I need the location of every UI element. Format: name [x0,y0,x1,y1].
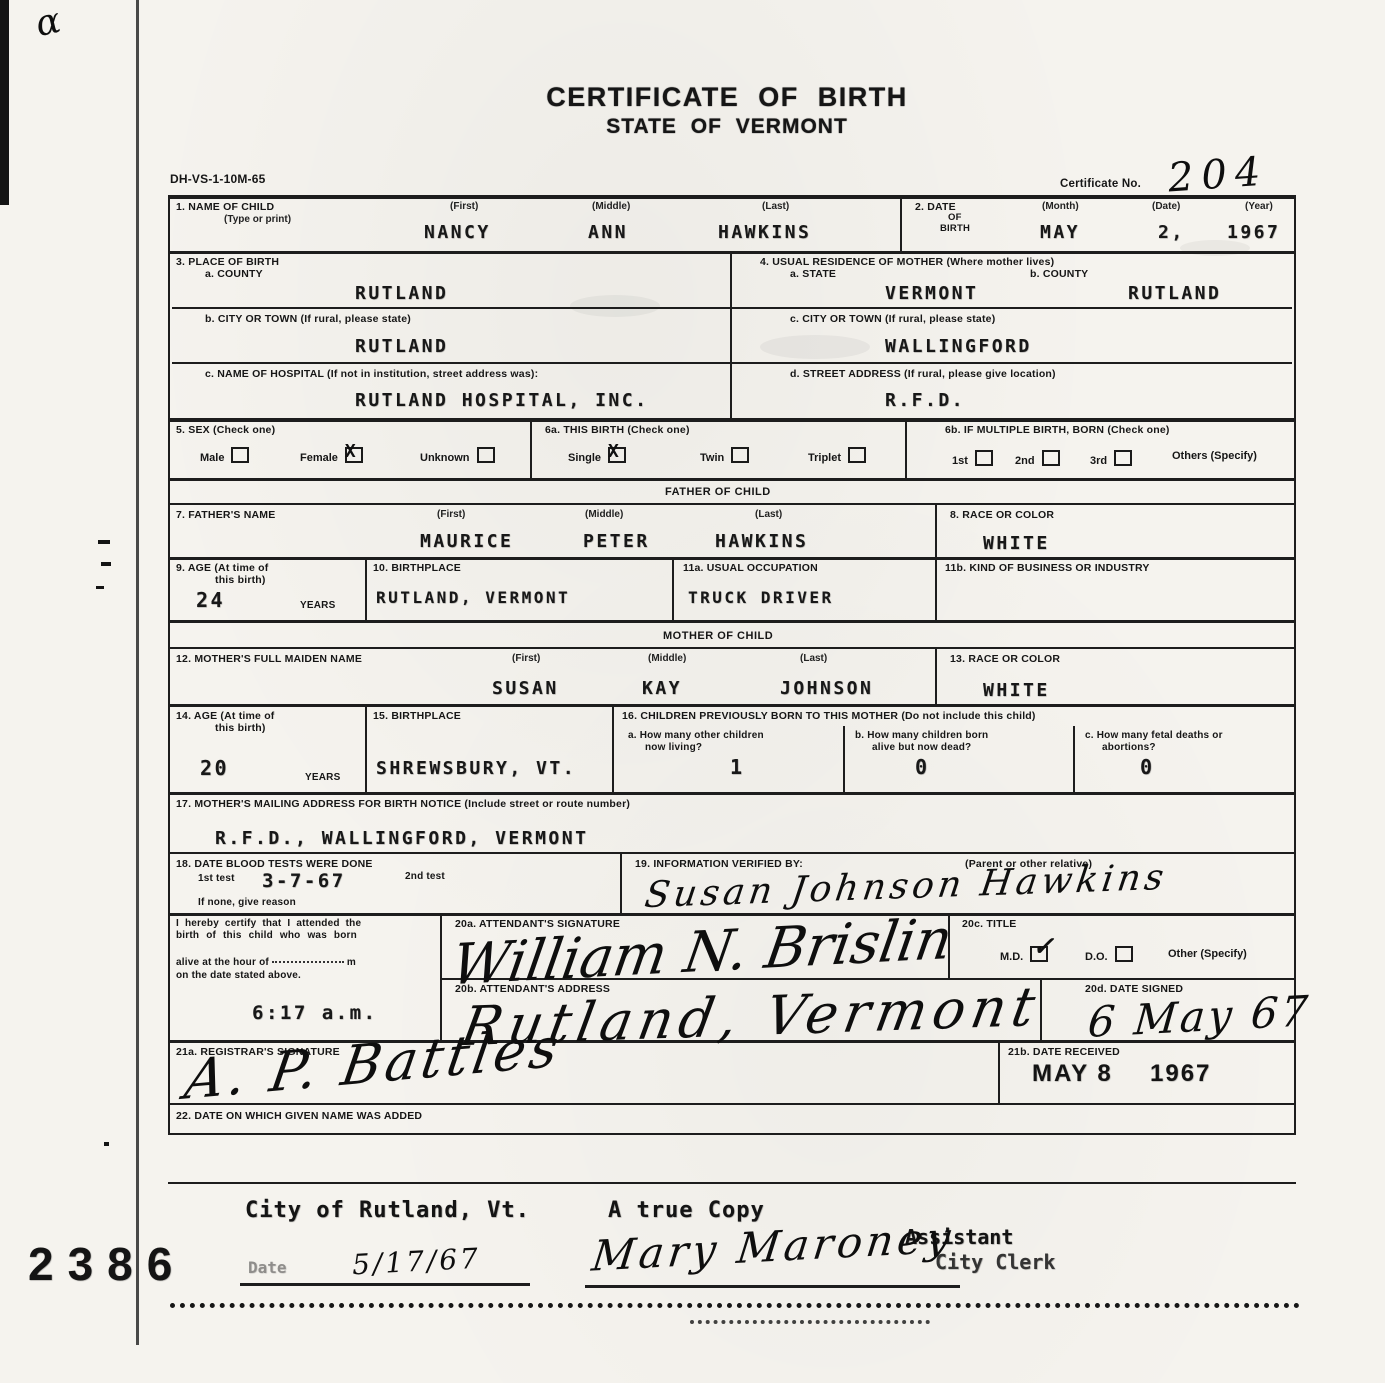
field-label-place-of-birth: 3. PLACE OF BIRTH [176,256,279,268]
field-label-hospital: c. NAME OF HOSPITAL (If not in instituti… [205,368,538,380]
grid-line [168,1133,1296,1135]
single-checkbox-box: X [608,447,626,463]
scan-speck [96,586,104,589]
column-header-last: (Last) [755,509,782,520]
field-label-father-occupation: 11a. USUAL OCCUPATION [683,562,818,574]
field-label-father-industry: 11b. KIND OF BUSINESS OR INDUSTRY [945,562,1150,574]
grid-line [730,251,732,418]
column-header-year: (Year) [1245,201,1273,212]
grid-line [168,1103,1296,1105]
father-birthplace: RUTLAND, VERMONT [376,588,570,607]
child-first-name: NANCY [424,222,491,243]
checkbox-md: M.D.✓ [1000,946,1048,963]
birth-time: 6:17 a.m. [252,1002,377,1024]
sub-label-children-living2: now living? [645,742,702,753]
label-if-none: If none, give reason [198,897,296,908]
sub-label-children-living: a. How many other children [628,730,764,741]
scan-smudge [760,335,870,359]
column-header-middle: (Middle) [592,201,630,212]
residence-street: R.F.D. [885,390,965,411]
column-header-first: (First) [437,509,465,520]
checkbox-triplet: Triplet [808,447,866,464]
column-header-last: (Last) [762,201,789,212]
column-header-last: (Last) [800,653,827,664]
footer-city: City of Rutland, Vt. [245,1198,530,1223]
field-label-fathers-name: 7. FATHER'S NAME [176,509,275,521]
certificate-no-label: Certificate No. [1060,178,1141,190]
twin-checkbox-box [731,447,749,463]
field-label-state: a. STATE [790,268,836,280]
field-label-residence-city: c. CITY OR TOWN (If rural, please state) [790,313,995,325]
field-label-blood-tests: 18. DATE BLOOD TESTS WERE DONE [176,858,373,870]
clerk-signature-underline [585,1285,960,1288]
corner-handwritten-mark: α [32,0,64,45]
field-label-mother-age2: this birth) [215,722,266,734]
scan-speck [101,562,111,566]
field-label-of: OF [948,212,962,223]
field-label-name-of-child: 1. NAME OF CHILD [176,201,274,213]
grid-line [365,704,367,792]
birth-year: 1967 [1227,222,1280,243]
grid-line [620,852,622,913]
perforation-line-short [690,1320,930,1324]
grid-line [998,1040,1000,1105]
female-checkbox-box: X [345,447,363,463]
dotted-leader [272,961,344,963]
mother-age: 20 [200,756,229,780]
footer-date-value: 5/17/67 [351,1242,482,1282]
scan-speck [98,540,110,544]
label-other-specify: Other (Specify) [1168,948,1247,960]
column-header-date: (Date) [1152,201,1180,212]
document-subtitle: STATE OF VERMONT [606,115,848,139]
field-label-father-race: 8. RACE OR COLOR [950,509,1054,521]
column-header-middle: (Middle) [648,653,686,664]
field-label-father-age2: this birth) [215,574,266,586]
md-checkbox-box: ✓ [1030,946,1048,962]
do-checkbox-box [1115,946,1133,962]
residence-county: RUTLAND [1128,283,1221,304]
birth-county: RUTLAND [355,283,448,304]
field-label-children-previously-born: 16. CHILDREN PREVIOUSLY BORN TO THIS MOT… [622,710,1036,722]
second-checkbox-box [1042,450,1060,466]
mother-birthplace: SHREWSBURY, VT. [376,758,576,779]
residence-state: VERMONT [885,283,978,304]
section-header-father: FATHER OF CHILD [665,486,771,498]
third-checkbox-box [1114,450,1132,466]
checkbox-3rd: 3rd [1090,450,1132,467]
field-label-city-or-town: b. CITY OR TOWN (If rural, please state) [205,313,411,325]
grid-line [935,503,937,557]
column-header-month: (Month) [1042,201,1079,212]
certify-text-line4: on the date stated above. [176,970,301,981]
field-label-attendant-title: 20c. TITLE [962,918,1017,930]
date-signed: 6 May 67 [1086,986,1313,1047]
field-label-mothers-name: 12. MOTHER'S FULL MAIDEN NAME [176,653,362,665]
first-checkbox-box [975,450,993,466]
grid-line [1073,726,1075,792]
children-dead-count: 0 [915,755,930,779]
grid-line [672,557,674,620]
certify-text-line2: birth of this child who was born [176,930,357,941]
residence-city: WALLINGFORD [885,336,1032,357]
grid-line [168,418,1296,422]
perforation-line [170,1303,1300,1308]
grid-line [168,195,170,1133]
section-header-mother: MOTHER OF CHILD [663,630,773,642]
grid-line [168,478,1296,481]
child-middle-name: ANN [588,222,628,243]
checkbox-male: Male [200,447,249,464]
mother-first-name: SUSAN [492,678,559,699]
father-race: WHITE [983,533,1050,554]
child-last-name: HAWKINS [718,222,811,243]
field-label-usual-residence: 4. USUAL RESIDENCE OF MOTHER (Where moth… [760,256,1054,268]
grid-line [168,852,1296,854]
sub-label-children-dead: b. How many children born [855,730,988,741]
grid-line [168,792,1296,795]
grid-line [168,503,1296,505]
certify-text-line1: I hereby certify that I attended the [176,918,361,929]
date-received-stamp-year: 1967 [1150,1060,1211,1088]
father-age: 24 [196,588,225,612]
grid-line [172,362,1292,364]
field-label-street-address: d. STREET ADDRESS (If rural, please give… [790,368,1056,380]
field-label-father-age: 9. AGE (At time of [176,562,268,574]
checkbox-2nd: 2nd [1015,450,1060,467]
registrar-signature: A. P. Battles [181,1015,567,1112]
triplet-checkbox-box [848,447,866,463]
field-label-mother-race: 13. RACE OR COLOR [950,653,1060,665]
grid-line [530,418,532,478]
checkbox-twin: Twin [700,447,749,464]
grid-line [168,1182,1296,1184]
grid-line [365,557,367,620]
father-occupation: TRUCK DRIVER [688,588,834,607]
grid-line [168,913,1296,916]
field-label-date-received: 21b. DATE RECEIVED [1008,1046,1120,1058]
certificate-no-value: 204 [1167,149,1270,202]
grid-line [935,647,937,704]
grid-line [440,913,442,1040]
date-received-stamp-month-day: MAY 8 [1032,1060,1113,1088]
grid-line [168,195,1296,199]
scan-speck [104,1142,109,1146]
field-label-this-birth: 6a. THIS BIRTH (Check one) [545,424,690,436]
grid-line [168,251,1296,254]
certify-text-line3: alive at the hour ofm [176,957,356,968]
field-label-mother-birthplace: 15. BIRTHPLACE [373,710,461,722]
grid-line [168,704,1296,707]
label-others-specify: Others (Specify) [1172,450,1257,462]
field-label-mailing-address: 17. MOTHER'S MAILING ADDRESS FOR BIRTH N… [176,798,630,810]
field-label-county: a. COUNTY [205,268,263,280]
blood-test-date: 3-7-67 [262,870,346,892]
birth-month: MAY [1040,222,1080,243]
mother-race: WHITE [983,680,1050,701]
scan-fold-line [136,0,139,1345]
label-1st-test: 1st test [198,873,235,884]
checkbox-female: FemaleX [300,447,363,464]
footer-true-copy: A true Copy [608,1198,765,1223]
scan-smudge [570,295,660,317]
unit-years: YEARS [300,600,335,611]
grid-line [905,418,907,478]
mother-last-name: JOHNSON [780,678,873,699]
sub-label-children-dead2: alive but now dead? [872,742,971,753]
father-middle-name: PETER [583,531,650,552]
grid-line [843,726,845,792]
mailing-address: R.F.D., WALLINGFORD, VERMONT [215,828,588,849]
field-label-mother-age: 14. AGE (At time of [176,710,275,722]
father-last-name: HAWKINS [715,531,808,552]
grid-line [612,704,614,792]
form-number: DH-VS-1-10M-65 [170,172,266,186]
birth-hospital: RUTLAND HOSPITAL, INC. [355,390,648,411]
birth-date: 2, [1158,222,1185,243]
scanned-birth-certificate: α CERTIFICATE OF BIRTH STATE OF VERMONT … [0,0,1385,1383]
unit-years: YEARS [305,772,340,783]
fetal-deaths-count: 0 [1140,755,1155,779]
grid-line [172,307,1292,309]
field-label-multiple-birth: 6b. IF MULTIPLE BIRTH, BORN (Check one) [945,424,1170,436]
field-label-birth: BIRTH [940,223,970,234]
checkbox-do: D.O. [1085,946,1133,963]
sub-label-fetal-deaths: c. How many fetal deaths or [1085,730,1223,741]
batch-number: 2386 [28,1237,186,1291]
document-title: CERTIFICATE OF BIRTH [546,82,907,113]
checkbox-single: SingleX [568,447,626,464]
grid-line [168,620,1296,623]
grid-line [168,557,1296,560]
scan-edge-bar [0,0,9,205]
footer-date-label: Date [248,1258,287,1277]
mother-middle-name: KAY [642,678,682,699]
column-header-middle: (Middle) [585,509,623,520]
sub-label-fetal-deaths2: abortions? [1102,742,1156,753]
grid-line [900,195,902,251]
checkbox-1st: 1st [952,450,993,467]
field-label-given-name-added: 22. DATE ON WHICH GIVEN NAME WAS ADDED [176,1110,422,1122]
label-2nd-test: 2nd test [405,871,445,882]
field-label-father-birthplace: 10. BIRTHPLACE [373,562,461,574]
column-header-first: (First) [450,201,478,212]
unknown-checkbox-box [477,447,495,463]
birth-city: RUTLAND [355,336,448,357]
column-header-first: (First) [512,653,540,664]
grid-line [935,557,937,620]
grid-line [168,647,1296,649]
field-label-residence-county: b. COUNTY [1030,268,1088,280]
clerk-title: City Clerk [935,1250,1055,1274]
father-first-name: MAURICE [420,531,513,552]
male-checkbox-box [231,447,249,463]
checkbox-unknown: Unknown [420,447,495,464]
footer-date-underline [240,1283,530,1286]
field-sublabel-type-or-print: (Type or print) [224,214,291,225]
children-living-count: 1 [730,755,745,779]
field-label-information-verified: 19. INFORMATION VERIFIED BY: [635,858,803,870]
field-label-sex: 5. SEX (Check one) [176,424,275,436]
